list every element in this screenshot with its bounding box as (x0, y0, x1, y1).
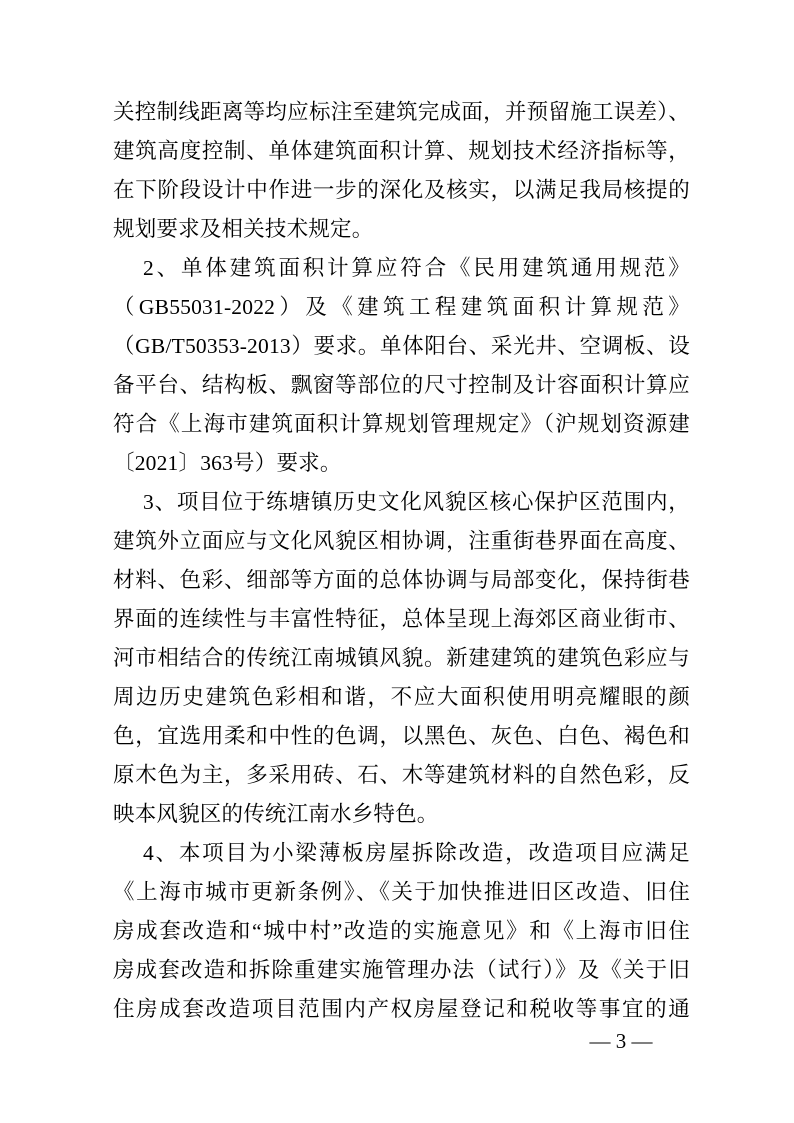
document-page: 关控制线距离等均应标注至建筑完成面，并预留施工误差）、建筑高度控制、单体建筑面积… (0, 0, 794, 1123)
text-line: 材料、色彩、细部等方面的总体协调与局部变化，保持街巷 (113, 561, 690, 600)
text-line: 房成套改造和拆除重建实施管理办法（试行）》及《关于旧 (113, 951, 690, 990)
text-line: 建筑外立面应与文化风貌区相协调，注重街巷界面在高度、 (113, 522, 690, 561)
text-line: （GB/T50353-2013）要求。单体阳台、采光井、空调板、设 (113, 327, 690, 366)
text-line: 映本风貌区的传统江南水乡特色。 (113, 795, 690, 834)
text-line: 河市相结合的传统江南城镇风貌。新建建筑的建筑色彩应与 (113, 639, 690, 678)
text-line: 3、项目位于练塘镇历史文化风貌区核心保护区范围内， (113, 483, 690, 522)
text-line: 2、单体建筑面积计算应符合《民用建筑通用规范》 (113, 249, 690, 288)
paragraph: 关控制线距离等均应标注至建筑完成面，并预留施工误差）、建筑高度控制、单体建筑面积… (113, 93, 690, 249)
paragraph: 4、本项目为小梁薄板房屋拆除改造，改造项目应满足《上海市城市更新条例》、《关于加… (113, 834, 690, 1029)
text-line: 备平台、结构板、飘窗等部位的尺寸控制及计容面积计算应 (113, 366, 690, 405)
text-line: 色，宜选用柔和中性的色调，以黑色、灰色、白色、褐色和 (113, 717, 690, 756)
text-line: 房成套改造和“城中村”改造的实施意见》和《上海市旧住 (113, 912, 690, 951)
text-line: 周边历史建筑色彩相和谐，不应大面积使用明亮耀眼的颜 (113, 678, 690, 717)
text-line: 规划要求及相关技术规定。 (113, 210, 690, 249)
text-line: 住房成套改造项目范围内产权房屋登记和税收等事宜的通 (113, 990, 690, 1029)
text-line: 在下阶段设计中作进一步的深化及核实，以满足我局核提的 (113, 171, 690, 210)
document-body: 关控制线距离等均应标注至建筑完成面，并预留施工误差）、建筑高度控制、单体建筑面积… (113, 93, 690, 1029)
text-line: 界面的连续性与丰富性特征，总体呈现上海郊区商业街市、 (113, 600, 690, 639)
text-line: 〔2021〕363号）要求。 (113, 444, 690, 483)
text-line: 《上海市城市更新条例》、《关于加快推进旧区改造、旧住 (113, 873, 690, 912)
page-number: — 3 — (566, 1029, 676, 1053)
text-line: 关控制线距离等均应标注至建筑完成面，并预留施工误差）、 (113, 93, 690, 132)
text-line: （GB55031-2022）及《建筑工程建筑面积计算规范》 (113, 288, 690, 327)
text-line: 原木色为主，多采用砖、石、木等建筑材料的自然色彩，反 (113, 756, 690, 795)
paragraph: 3、项目位于练塘镇历史文化风貌区核心保护区范围内，建筑外立面应与文化风貌区相协调… (113, 483, 690, 834)
text-line: 建筑高度控制、单体建筑面积计算、规划技术经济指标等， (113, 132, 690, 171)
text-line: 4、本项目为小梁薄板房屋拆除改造，改造项目应满足 (113, 834, 690, 873)
paragraph: 2、单体建筑面积计算应符合《民用建筑通用规范》（GB55031-2022）及《建… (113, 249, 690, 483)
text-line: 符合《上海市建筑面积计算规划管理规定》（沪规划资源建 (113, 405, 690, 444)
